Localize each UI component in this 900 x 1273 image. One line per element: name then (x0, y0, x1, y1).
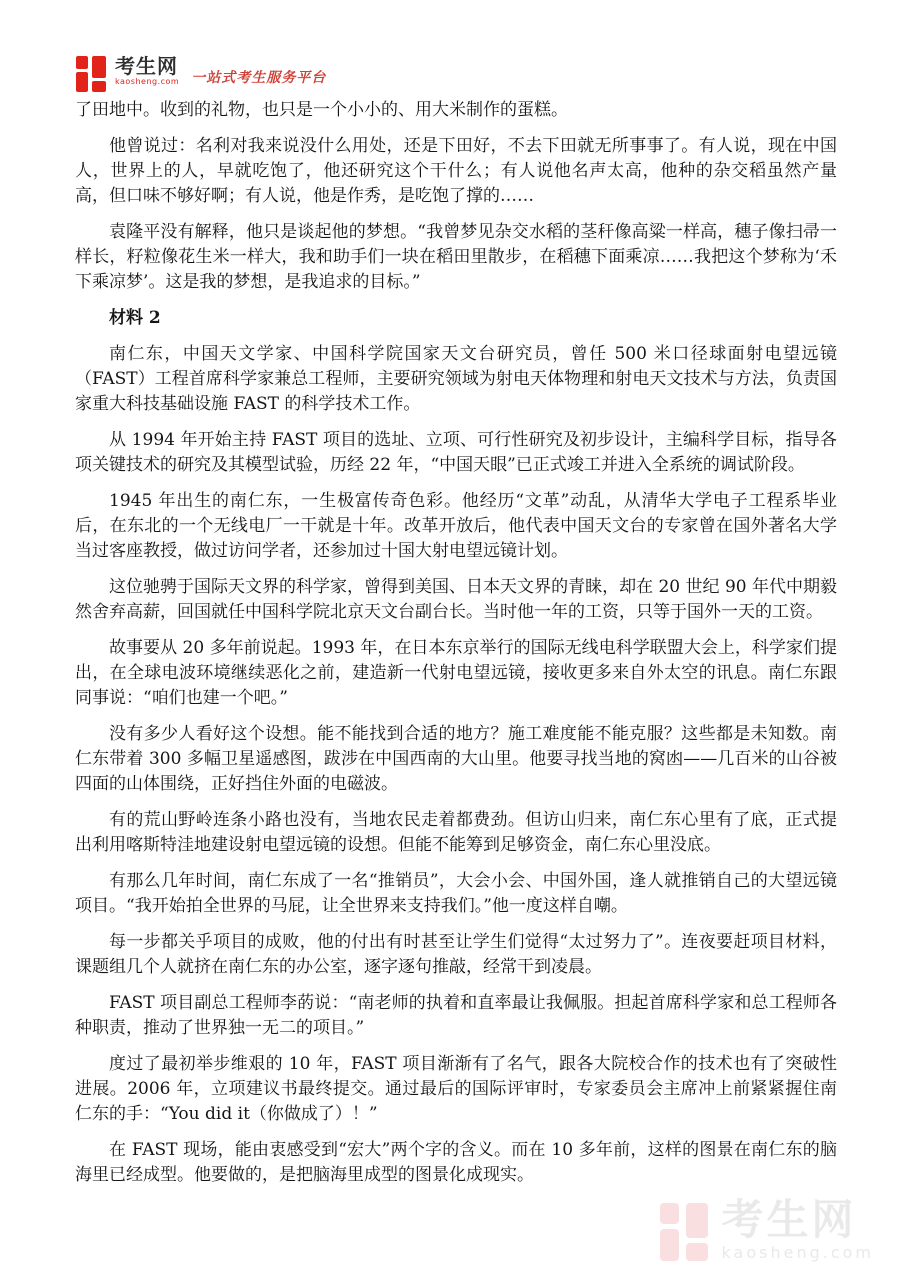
paragraph: 这位驰骋于国际天文界的科学家，曾得到美国、日本天文界的青睐，却在 20 世纪 9… (75, 575, 837, 625)
paragraph: 南仁东，中国天文学家、中国科学院国家天文台研究员，曾任 500 米口径球面射电望… (75, 342, 837, 417)
brand-block: 考生网 kaosheng.com (115, 56, 179, 86)
logo-block (660, 1203, 680, 1224)
paragraph: 了田地中。收到的礼物，也只是一个小小的、用大米制作的蛋糕。 (75, 98, 837, 123)
paragraph: FAST 项目副总工程师李菂说：“南老师的执着和直率最让我佩服。担起首席科学家和… (75, 991, 837, 1041)
watermark-text: 考生网 kaosheng.com (722, 1199, 874, 1261)
kaosheng-logo-icon (76, 56, 108, 92)
paragraph: 袁隆平没有解释，他只是谈起他的梦想。“我曾梦见杂交水稻的茎秆像高粱一样高，穗子像… (75, 220, 837, 295)
logo-block (686, 1203, 709, 1238)
paragraph: 1945 年出生的南仁东，一生极富传奇色彩。他经历“文革”动乱，从清华大学电子工… (75, 489, 837, 564)
watermark-domain: kaosheng.com (722, 1245, 874, 1261)
paragraph: 度过了最初举步维艰的 10 年，FAST 项目渐渐有了名气，跟各大院校合作的技术… (75, 1052, 837, 1127)
watermark-brand: 考生网 (722, 1199, 874, 1241)
paragraph: 在 FAST 现场，能由衷感受到“宏大”两个字的含义。而在 10 多年前，这样的… (75, 1138, 837, 1188)
logo-block (76, 56, 88, 69)
logo-block (660, 1229, 680, 1261)
logo-block (92, 81, 106, 92)
paragraph: 没有多少人看好这个设想。能不能找到合适的地方？施工难度能不能克服？这些都是未知数… (75, 722, 837, 797)
site-logo: 考生网 kaosheng.com 一站式考生服务平台 (76, 56, 326, 92)
document-page: 考生网 kaosheng.com 一站式考生服务平台 了田地中。收到的礼物，也只… (0, 0, 900, 1273)
document-body: 了田地中。收到的礼物，也只是一个小小的、用大米制作的蛋糕。他曾说过：名利对我来说… (75, 98, 837, 1199)
paragraph: 他曾说过：名利对我来说没什么用处，还是下田好，不去下田就无所事事了。有人说，现在… (75, 134, 837, 209)
watermark: 考生网 kaosheng.com (660, 1199, 874, 1261)
watermark-logo-icon (660, 1203, 712, 1261)
logo-block (92, 56, 106, 78)
paragraph: 每一步都关乎项目的成败，他的付出有时甚至让学生们觉得“太过努力了”。连夜要赶项目… (75, 930, 837, 980)
paragraph: 有那么几年时间，南仁东成了一名“推销员”，大会小会、中国外国，逢人就推销自己的大… (75, 869, 837, 919)
paragraph: 故事要从 20 多年前说起。1993 年，在日本东京举行的国际无线电科学联盟大会… (75, 636, 837, 711)
brand-domain: kaosheng.com (115, 78, 179, 86)
material-heading: 材料 2 (75, 306, 837, 331)
brand-name: 考生网 (115, 56, 179, 76)
brand-tagline: 一站式考生服务平台 (191, 67, 326, 87)
paragraph: 有的荒山野岭连条小路也没有，当地农民走着都费劲。但访山归来，南仁东心里有了底，正… (75, 808, 837, 858)
logo-block (686, 1243, 709, 1261)
paragraph: 从 1994 年开始主持 FAST 项目的选址、立项、可行性研究及初步设计，主编… (75, 428, 837, 478)
logo-block (76, 72, 88, 92)
